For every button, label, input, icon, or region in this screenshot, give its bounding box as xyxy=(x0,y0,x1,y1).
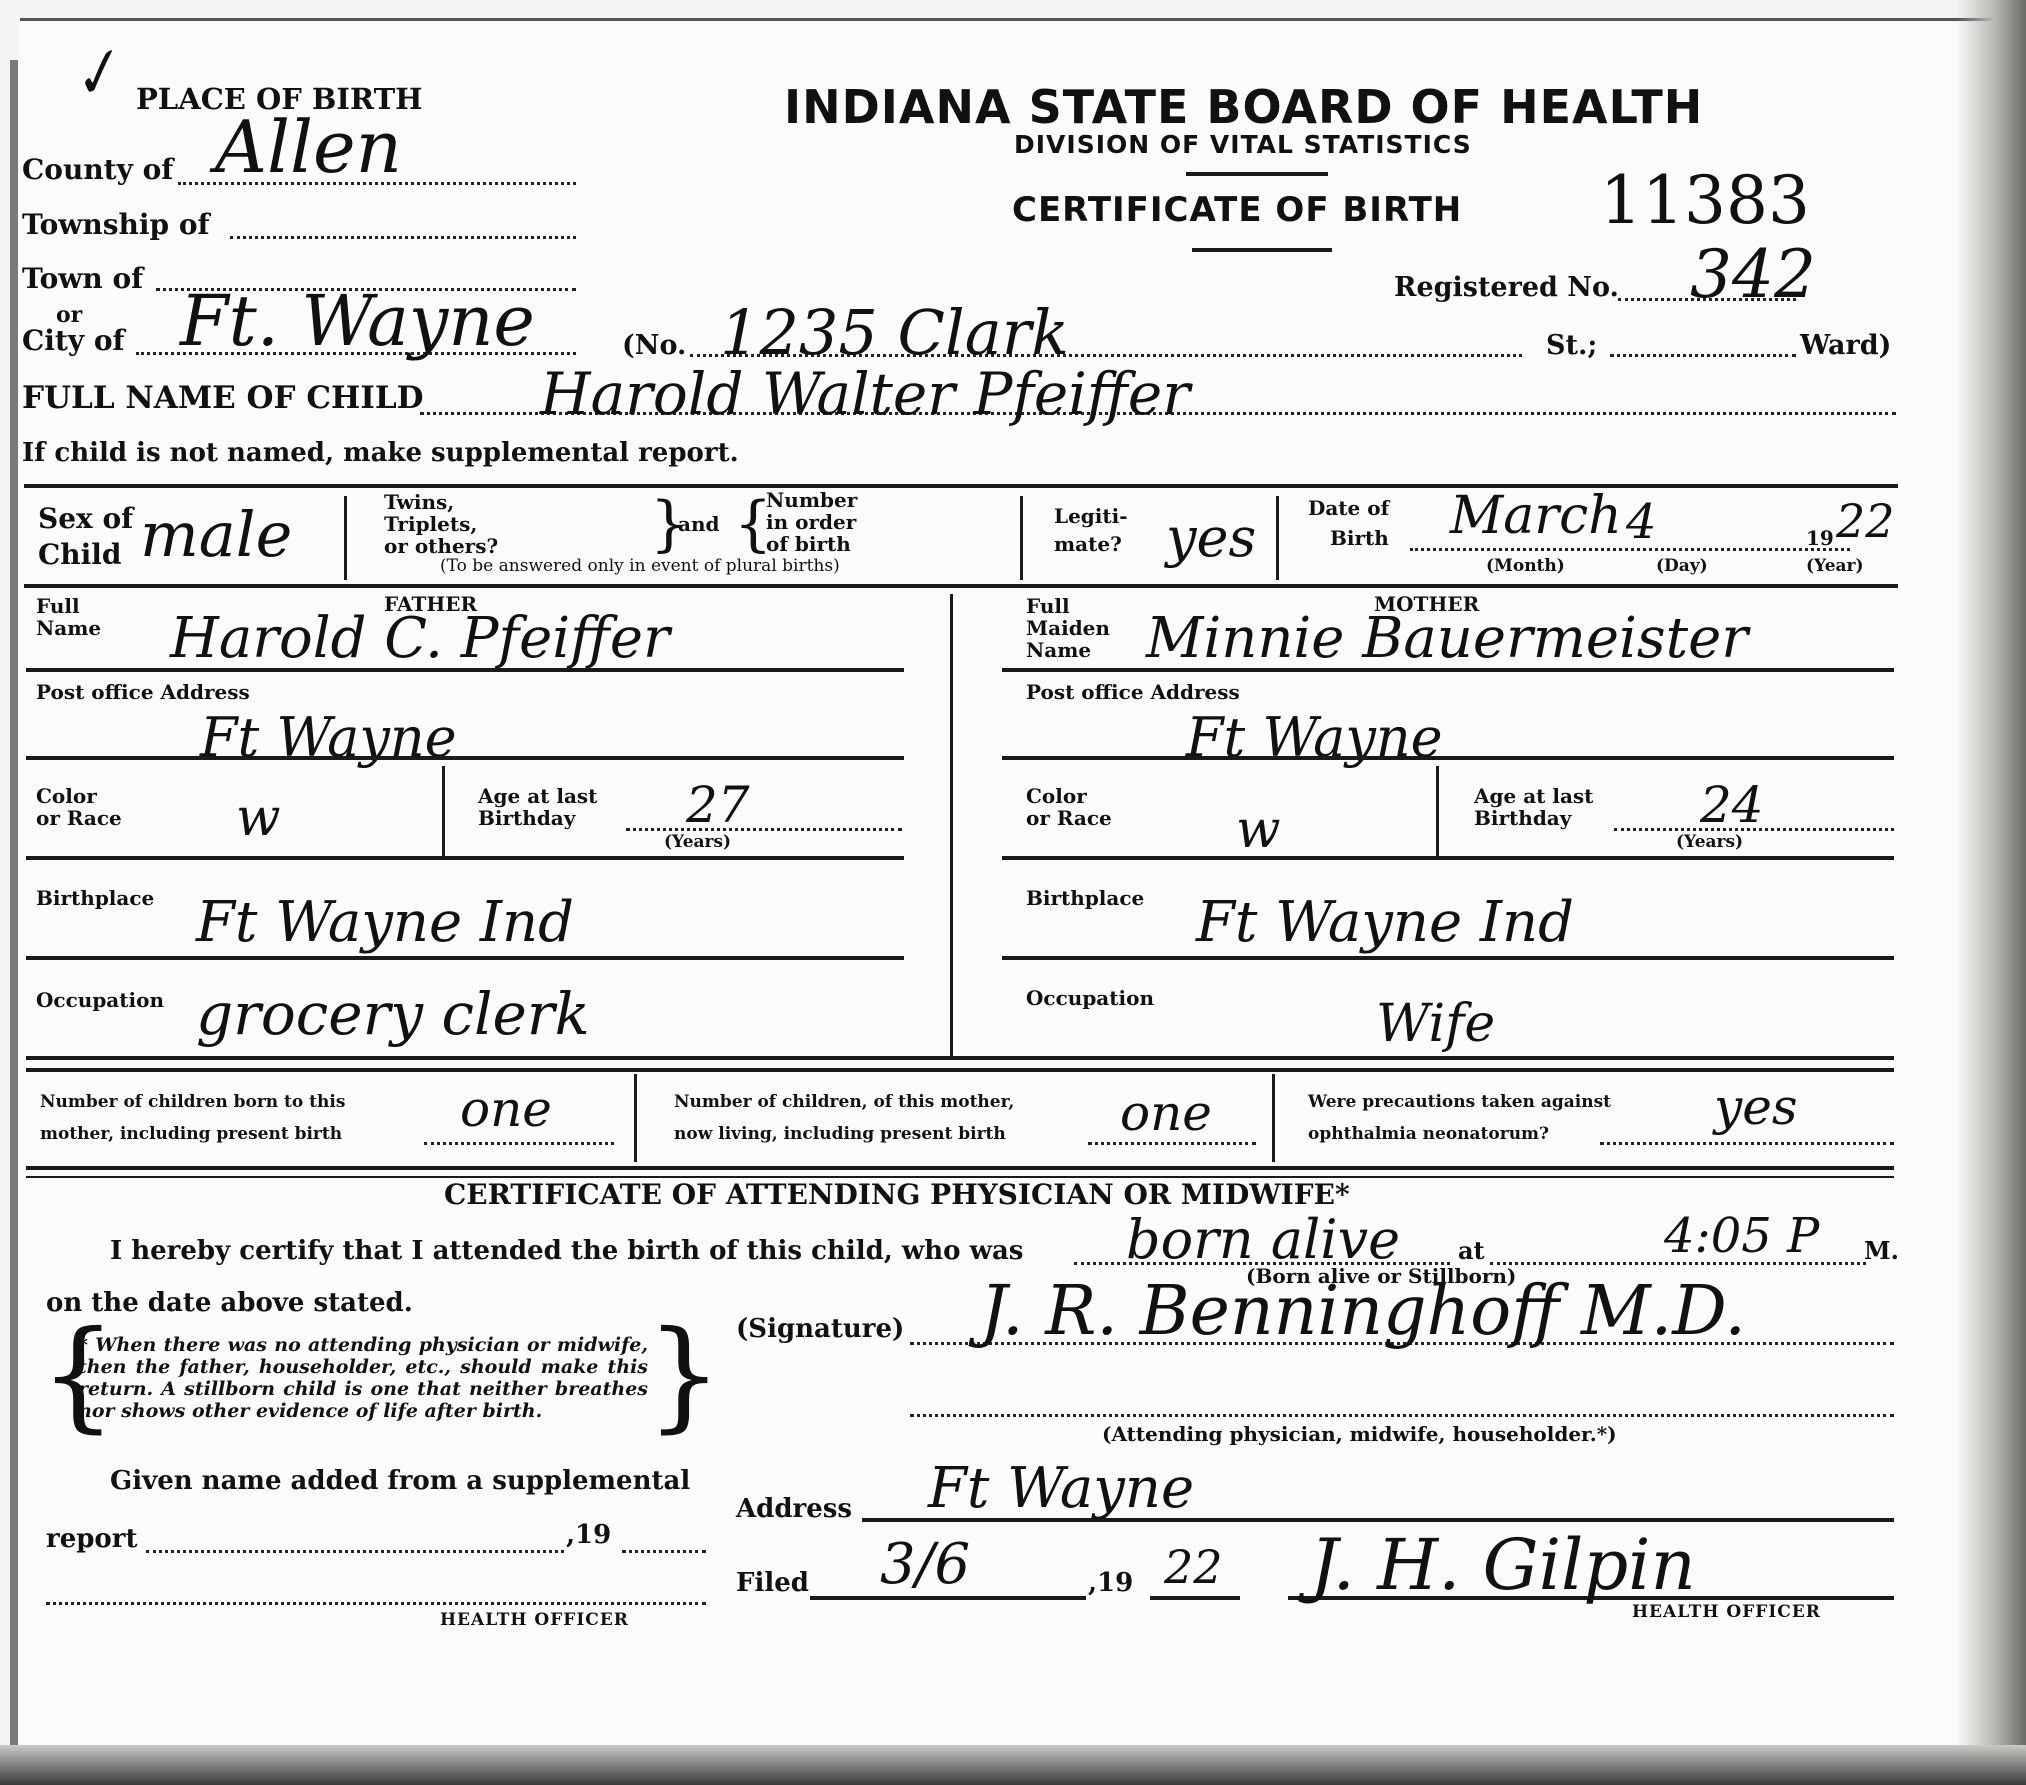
mother-age-value[interactable]: 24 xyxy=(1700,776,1764,834)
filed-year-rule xyxy=(1150,1596,1240,1600)
supplemental-label-2: report xyxy=(46,1526,137,1553)
dob-label-1: Date of xyxy=(1308,498,1389,519)
children-bottom-rule xyxy=(26,1166,1894,1170)
mother-birthplace-value[interactable]: Ft Wayne Ind xyxy=(1196,890,1574,955)
father-name-value[interactable]: Harold C. Pfeiffer xyxy=(170,606,670,671)
children-born-value[interactable]: one xyxy=(460,1080,552,1138)
mother-age-caption: (Years) xyxy=(1676,834,1743,852)
street-value[interactable]: 1235 Clark xyxy=(720,296,1069,369)
form-title: CERTIFICATE OF BIRTH xyxy=(1012,190,1462,230)
mother-color-divider xyxy=(1436,766,1439,858)
children-born-line xyxy=(424,1142,614,1145)
sex-divider xyxy=(344,496,347,580)
precaution-label-1: Were precautions taken against xyxy=(1308,1094,1611,1112)
parents-divider xyxy=(950,594,953,1060)
legit-divider-right xyxy=(1276,496,1279,580)
certify-text: I hereby certify that I attended the bir… xyxy=(110,1238,1023,1265)
father-color-value[interactable]: w xyxy=(236,788,281,848)
dob-label-2: Birth xyxy=(1330,528,1389,549)
precaution-label-2: ophthalmia neonatorum? xyxy=(1308,1126,1549,1144)
mother-name-value[interactable]: Minnie Bauermeister xyxy=(1146,606,1748,671)
dob-year-prefix: 19 xyxy=(1806,528,1834,549)
mother-age-label-1: Age at last xyxy=(1474,786,1593,807)
header-divider xyxy=(1186,172,1328,176)
filed-date-value[interactable]: 3/6 xyxy=(880,1532,970,1597)
children-living-label-1: Number of children, of this mother, xyxy=(674,1094,1014,1112)
father-occupation-value[interactable]: grocery clerk xyxy=(196,980,590,1048)
unnamed-note: If child is not named, make supplemental… xyxy=(22,440,739,467)
bottom-edge-shadow xyxy=(0,1745,2026,1785)
month-caption: (Month) xyxy=(1486,558,1565,576)
and-label: and xyxy=(678,514,719,535)
dob-month[interactable]: March xyxy=(1450,486,1622,546)
order-label-2: in order xyxy=(766,512,856,533)
child-name-label: FULL NAME OF CHILD xyxy=(22,382,424,415)
county-label: County of xyxy=(22,155,173,184)
twins-label-3: or others? xyxy=(384,536,498,557)
twins-label-2: Triplets, xyxy=(384,514,477,535)
mother-address-label: Post office Address xyxy=(1026,682,1240,703)
m-label: M. xyxy=(1864,1238,1899,1263)
mother-color-label-1: Color xyxy=(1026,786,1087,807)
mother-birthplace-label: Birthplace xyxy=(1026,888,1144,909)
child-name-value[interactable]: Harold Walter Pfeiffer xyxy=(540,360,1190,428)
supplemental-officer-line xyxy=(46,1602,706,1605)
children-living-label-2: now living, including present birth xyxy=(674,1126,1006,1144)
signature-value[interactable]: J. R. Benninghoff M.D. xyxy=(980,1272,1746,1351)
father-address-label: Post office Address xyxy=(36,682,250,703)
mother-name-label-3: Name xyxy=(1026,640,1091,661)
street-no-label: (No. xyxy=(622,332,686,360)
dob-year[interactable]: 22 xyxy=(1836,494,1895,548)
supplemental-label-1: Given name added from a supplemental xyxy=(110,1468,690,1495)
sex-value[interactable]: male xyxy=(140,498,292,571)
father-age-label-2: Birthday xyxy=(478,808,575,829)
footnote-text: * When there was no attending physician … xyxy=(78,1334,648,1422)
father-name-label-1: Full xyxy=(36,596,80,617)
city-value[interactable]: Ft. Wayne xyxy=(180,280,535,362)
dob-day[interactable]: 4 xyxy=(1626,494,1657,550)
mother-name-label-1: Full xyxy=(1026,596,1070,617)
footnote-right-brace-icon: } xyxy=(646,1316,722,1436)
father-age-caption: (Years) xyxy=(664,834,731,852)
division-subtitle: DIVISION OF VITAL STATISTICS xyxy=(1014,130,1472,159)
header-divider-2 xyxy=(1192,248,1332,252)
mother-color-rule xyxy=(1002,856,1894,860)
father-color-label-1: Color xyxy=(36,786,97,807)
signature-caption: (Attending physician, midwife, household… xyxy=(1102,1424,1617,1445)
sex-row-bottom-rule xyxy=(24,584,1898,588)
father-age-value[interactable]: 27 xyxy=(686,776,750,834)
status-value[interactable]: born alive xyxy=(1126,1208,1400,1271)
precaution-line xyxy=(1600,1142,1894,1145)
registered-no-value[interactable]: 342 xyxy=(1690,236,1816,313)
filed-label: Filed xyxy=(736,1570,809,1597)
city-label: City of xyxy=(22,326,125,355)
signature-line-2 xyxy=(910,1414,1894,1417)
twins-label-1: Twins, xyxy=(384,492,454,513)
father-age-line xyxy=(626,828,902,831)
father-address-rule xyxy=(26,756,904,760)
town-label: Town of xyxy=(22,264,143,293)
county-value[interactable]: Allen xyxy=(215,105,402,189)
children-top-rule xyxy=(26,1068,1894,1072)
right-edge-shadow xyxy=(1956,0,2026,1785)
supplemental-year-line[interactable] xyxy=(622,1550,706,1553)
children-living-value[interactable]: one xyxy=(1120,1084,1212,1142)
father-birthplace-value[interactable]: Ft Wayne Ind xyxy=(196,890,574,955)
father-name-rule xyxy=(26,668,904,672)
physician-heading: CERTIFICATE OF ATTENDING PHYSICIAN OR MI… xyxy=(444,1180,1350,1209)
children-divider-1 xyxy=(634,1074,637,1162)
ward-line[interactable] xyxy=(1610,354,1796,357)
legit-label-1: Legiti- xyxy=(1054,506,1128,527)
mother-name-label-2: Maiden xyxy=(1026,618,1110,639)
top-border xyxy=(20,18,2000,21)
order-label-3: of birth xyxy=(766,534,851,555)
day-caption: (Day) xyxy=(1656,558,1708,576)
father-age-label-1: Age at last xyxy=(478,786,597,807)
filing-officer-signature[interactable]: J. H. Gilpin xyxy=(1310,1524,1696,1606)
mother-color-value[interactable]: w xyxy=(1236,800,1281,860)
father-name-label-2: Name xyxy=(36,618,101,639)
mother-name-rule xyxy=(1002,668,1894,672)
year-caption: (Year) xyxy=(1806,558,1864,576)
mother-address-rule xyxy=(1002,756,1894,760)
mother-occupation-label: Occupation xyxy=(1026,988,1154,1009)
street-suffix-label: St.; xyxy=(1546,332,1597,360)
supplemental-year-prefix: ,19 xyxy=(566,1522,611,1549)
signature-label: (Signature) xyxy=(736,1316,904,1343)
filed-year-prefix: ,19 xyxy=(1088,1570,1133,1597)
township-line[interactable] xyxy=(230,236,576,239)
plural-note: (To be answered only in event of plural … xyxy=(440,558,840,576)
sex-label-1: Sex of xyxy=(38,504,133,533)
certificate-number: 11383 xyxy=(1600,162,1810,239)
precaution-value[interactable]: yes xyxy=(1714,1078,1798,1136)
father-color-label-2: or Race xyxy=(36,808,122,829)
children-living-line xyxy=(1088,1142,1256,1145)
father-birthplace-rule xyxy=(26,956,904,960)
physician-address-label: Address xyxy=(736,1496,852,1523)
legit-divider-left xyxy=(1020,496,1023,580)
children-born-label-2: mother, including present birth xyxy=(40,1126,342,1144)
children-divider-2 xyxy=(1272,1074,1275,1162)
supplemental-officer-caption: HEALTH OFFICER xyxy=(440,1612,629,1630)
time-value[interactable]: 4:05 P xyxy=(1664,1208,1819,1264)
board-title: INDIANA STATE BOARD OF HEALTH xyxy=(784,80,1703,134)
father-birthplace-label: Birthplace xyxy=(36,888,154,909)
supplemental-line[interactable] xyxy=(146,1550,564,1553)
father-occupation-label: Occupation xyxy=(36,990,164,1011)
township-label: Township of xyxy=(22,210,210,239)
filed-year-value[interactable]: 22 xyxy=(1164,1540,1223,1594)
children-born-label-1: Number of children born to this xyxy=(40,1094,345,1112)
order-label-1: Number xyxy=(766,490,857,511)
mother-occupation-value[interactable]: Wife xyxy=(1376,994,1495,1054)
legit-label-2: mate? xyxy=(1054,534,1122,555)
mother-age-label-2: Birthday xyxy=(1474,808,1571,829)
mother-birthplace-rule xyxy=(1002,956,1894,960)
at-label: at xyxy=(1458,1238,1485,1263)
sex-label-2: Child xyxy=(38,540,122,569)
father-color-rule xyxy=(26,856,904,860)
ward-label: Ward) xyxy=(1800,332,1891,360)
mother-color-label-2: or Race xyxy=(1026,808,1112,829)
father-color-divider xyxy=(442,766,445,858)
parents-bottom-rule xyxy=(26,1056,1894,1060)
registered-no-label: Registered No. xyxy=(1394,274,1619,302)
left-edge-shadow xyxy=(10,60,18,1760)
physician-address-value[interactable]: Ft Wayne xyxy=(928,1456,1194,1521)
filing-officer-caption: HEALTH OFFICER xyxy=(1632,1604,1821,1622)
legit-value[interactable]: yes xyxy=(1166,506,1256,569)
